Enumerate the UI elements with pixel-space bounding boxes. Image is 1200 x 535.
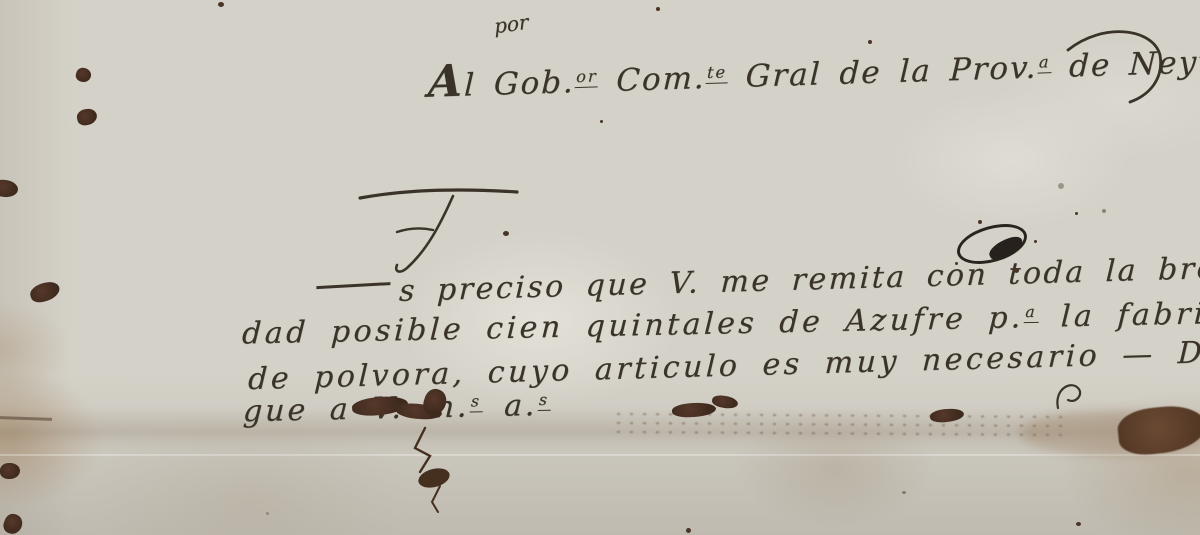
- ink-blot: [1, 512, 25, 535]
- paper-speck: [1102, 209, 1106, 213]
- paper-speck: [1075, 212, 1078, 215]
- fold-highlight: [0, 454, 1200, 456]
- splatter-speck: [1014, 268, 1019, 273]
- splatter-speck: [955, 262, 958, 265]
- ornamental-initial-E: [345, 180, 530, 280]
- splatter-speck: [1034, 240, 1037, 243]
- ink-blot: [0, 463, 20, 479]
- header-abbr-a: a: [1037, 52, 1051, 73]
- pen-dash: [316, 282, 390, 292]
- abbr-as: s: [537, 391, 551, 411]
- pen-flourish: [1052, 378, 1092, 414]
- body-line-4-text: a.: [482, 388, 539, 424]
- abbr-pa: a: [1024, 303, 1040, 323]
- header-text: Com.: [598, 60, 707, 99]
- header-flourish: [1058, 20, 1178, 105]
- ink-blot: [76, 107, 99, 127]
- ink-blot: [0, 178, 19, 198]
- paper-speck: [902, 491, 906, 494]
- paper-speck: [1076, 522, 1081, 526]
- header-abbr-or: or: [575, 66, 599, 88]
- paper-speck: [1058, 183, 1064, 189]
- paper-crack: [400, 420, 470, 515]
- ink-dot: [503, 231, 509, 236]
- ink-blot: [74, 66, 92, 83]
- paper-speck: [266, 512, 269, 515]
- header-initial-capital: A: [427, 56, 465, 108]
- header-text: Gral de la Prov.: [727, 50, 1038, 96]
- abbr-ms: s: [469, 393, 483, 413]
- body-line-2-text: la fabrica: [1038, 295, 1200, 334]
- ink-blot: [28, 279, 62, 305]
- paper-speck: [868, 40, 872, 44]
- manuscript-page: Al Gob.or Com.te Gral de la Prov.a de Ne…: [0, 0, 1200, 535]
- paper-speck: [600, 120, 603, 123]
- header-text: l Gob.: [463, 64, 575, 104]
- paper-speck: [656, 7, 660, 11]
- interlinear-insertion: por: [493, 10, 529, 39]
- paper-speck: [218, 2, 224, 7]
- paper-speck: [686, 528, 691, 533]
- splatter-speck: [978, 220, 982, 224]
- header-abbr-te: te: [706, 62, 729, 84]
